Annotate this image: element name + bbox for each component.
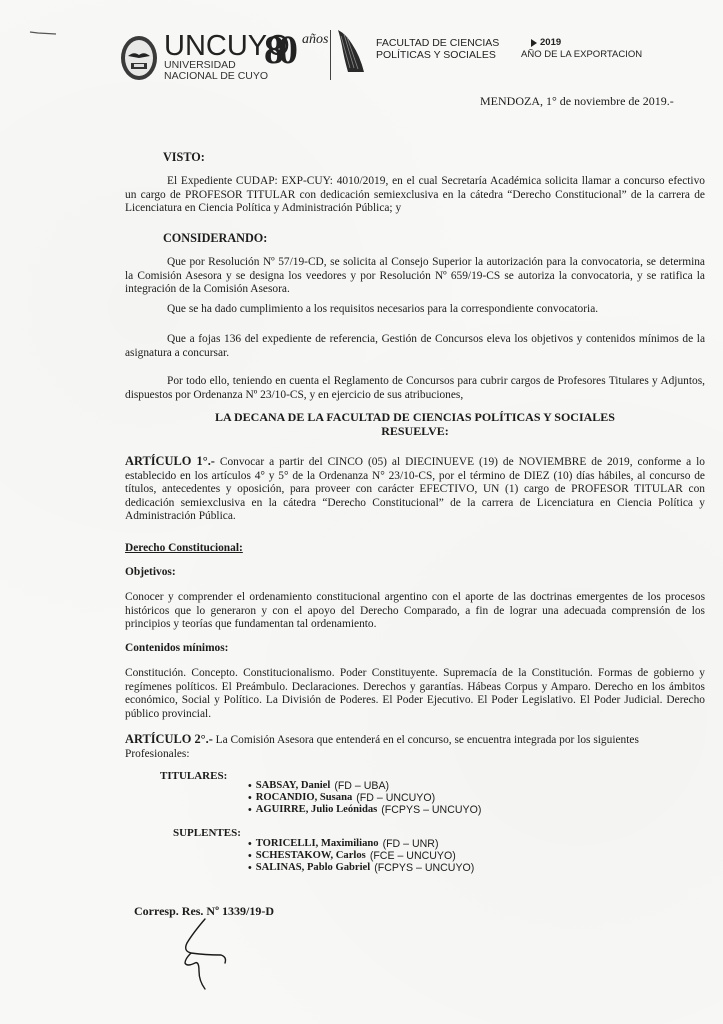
faculty-name-line-1: FACULTAD DE CIENCIAS (376, 37, 499, 49)
faculty-name: FACULTAD DE CIENCIAS POLÍTICAS Y SOCIALE… (376, 37, 499, 61)
visto-paragraph: El Expediente CUDAP: EXP-CUY: 4010/2019,… (125, 175, 705, 216)
bullet-icon: • (248, 792, 252, 804)
member-name: TORICELLI, Maximiliano (256, 838, 379, 850)
university-seal-icon (120, 34, 158, 82)
considerando-heading: CONSIDERANDO: (163, 231, 267, 246)
list-item: •SABSAY, Daniel(FD – UBA) (248, 780, 481, 792)
scan-mark-icon (28, 30, 58, 36)
considerando-paragraph-3: Que a fojas 136 del expediente de refere… (125, 333, 705, 360)
member-affiliation: (FCPYS – UNCUYO) (374, 862, 474, 874)
member-name: AGUIRRE, Julio Leónidas (256, 804, 378, 816)
objetivos-text: Conocer y comprender el ordenamiento con… (125, 591, 705, 632)
bullet-icon: • (248, 804, 252, 816)
considerando-paragraph-1: Que por Resolución Nº 57/19-CD, se solic… (125, 256, 705, 297)
anniversary-number: 80 (264, 26, 292, 73)
visto-heading: VISTO: (163, 150, 205, 165)
objetivos-heading: Objetivos: (125, 566, 176, 578)
anniversary-logo: 80 años (264, 30, 340, 66)
articulo-2-label: ARTÍCULO 2°.- (125, 732, 213, 746)
year-motto: AÑO DE LA EXPORTACION (521, 49, 642, 61)
bullet-icon: • (248, 780, 252, 792)
year-motto-block: 2019 AÑO DE LA EXPORTACION (521, 37, 642, 61)
document-page: UNCUYO UNIVERSIDAD NACIONAL DE CUYO 80 a… (0, 0, 723, 1024)
anniversary-word: años (302, 32, 328, 48)
member-affiliation: (FCE – UNCUYO) (370, 850, 456, 862)
list-item: •AGUIRRE, Julio Leónidas(FCPYS – UNCUYO) (248, 804, 481, 816)
contenidos-heading: Contenidos mínimos: (125, 642, 228, 654)
faculty-name-line-2: POLÍTICAS Y SOCIALES (376, 49, 499, 61)
date-line: MENDOZA, 1° de noviembre de 2019.- (480, 94, 674, 109)
titulares-list: •SABSAY, Daniel(FD – UBA) •ROCANDIO, Sus… (248, 780, 481, 816)
bullet-icon: • (248, 838, 252, 850)
resuelve-heading: RESUELVE: (125, 424, 705, 438)
triangle-bullet-icon (531, 39, 537, 47)
list-item: •SALINAS, Pablo Gabriel(FCPYS – UNCUYO) (248, 862, 474, 874)
suplentes-label: SUPLENTES: (173, 827, 241, 839)
list-item: •ROCANDIO, Susana(FD – UNCUYO) (248, 792, 481, 804)
member-name: SABSAY, Daniel (256, 780, 331, 792)
articulo-1: ARTÍCULO 1°.- Convocar a partir del CINC… (125, 455, 705, 524)
list-item: •TORICELLI, Maximiliano(FD – UNR) (248, 838, 474, 850)
suplentes-list: •TORICELLI, Maximiliano(FD – UNR) •SCHES… (248, 838, 474, 874)
considerando-paragraph-2: Que se ha dado cumplimiento a los requis… (125, 303, 705, 317)
year-label: 2019 (540, 37, 561, 49)
member-affiliation: (FD – UNR) (383, 838, 439, 850)
articulo-1-label: ARTÍCULO 1°.- (125, 454, 215, 468)
considerando-paragraph-4: Por todo ello, teniendo en cuenta el Reg… (125, 375, 705, 402)
signature-icon (165, 915, 235, 995)
subject-title: Derecho Constitucional: (125, 542, 243, 554)
member-name: ROCANDIO, Susana (256, 792, 353, 804)
bullet-icon: • (248, 850, 252, 862)
list-item: •SCHESTAKOW, Carlos(FCE – UNCUYO) (248, 850, 474, 862)
bullet-icon: • (248, 862, 252, 874)
articulo-2: ARTÍCULO 2°.- La Comisión Asesora que en… (125, 733, 665, 761)
member-name: SCHESTAKOW, Carlos (256, 850, 366, 862)
member-affiliation: (FCPYS – UNCUYO) (381, 804, 481, 816)
faculty-wing-logo-icon (336, 28, 366, 74)
authority-heading: LA DECANA DE LA FACULTAD DE CIENCIAS POL… (125, 410, 705, 424)
header-divider (330, 30, 331, 80)
titulares-label: TITULARES: (160, 770, 227, 782)
member-affiliation: (FD – UNCUYO) (356, 792, 435, 804)
member-name: SALINAS, Pablo Gabriel (256, 862, 371, 874)
contenidos-text: Constitución. Concepto. Constitucionalis… (125, 667, 705, 721)
member-affiliation: (FD – UBA) (334, 780, 389, 792)
